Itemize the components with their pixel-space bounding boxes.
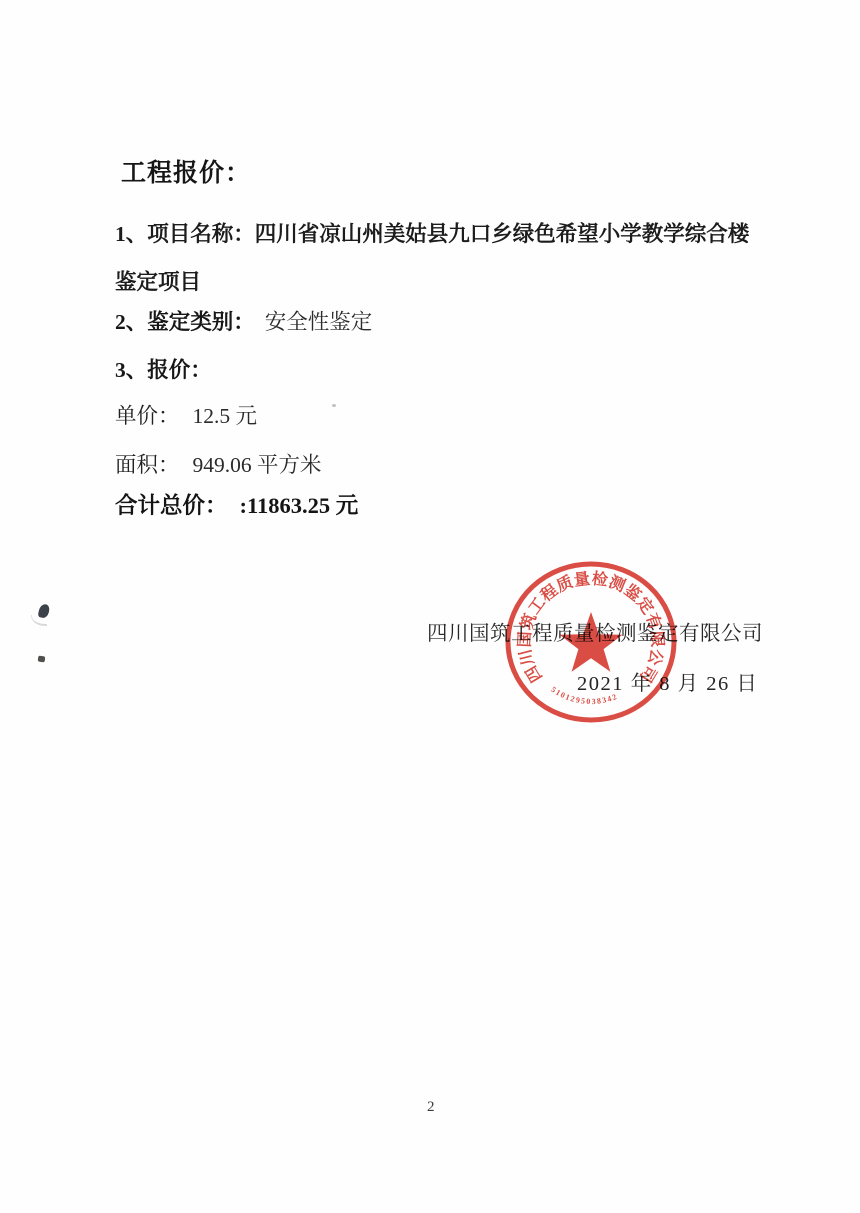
company-seal-stamp-icon: 四川国筑工程质量检测鉴定有限公司 5101295038342	[496, 551, 686, 733]
quotation-heading-label: 3、报价：	[115, 358, 212, 382]
quotation-heading-row: 3、报价：	[115, 358, 212, 383]
ink-speck-tail	[31, 615, 47, 626]
project-name-label: 1、项目名称：	[115, 222, 255, 246]
appraisal-type-value: 安全性鉴定	[265, 310, 373, 334]
ink-speck	[38, 656, 46, 663]
project-name-paragraph: 1、项目名称：四川省凉山州美姑县九口乡绿色希望小学教学综合楼鉴定项目	[115, 210, 770, 306]
svg-text:5101295038342: 5101295038342	[549, 685, 619, 706]
appraisal-type-row: 2、鉴定类别：安全性鉴定	[115, 310, 372, 335]
area-value: 949.06 平方米	[193, 453, 322, 477]
page-title: 工程报价：	[121, 153, 251, 189]
seal-star-icon	[560, 612, 623, 672]
scanned-document-page: 工程报价： 1、项目名称：四川省凉山州美姑县九口乡绿色希望小学教学综合楼鉴定项目…	[0, 0, 860, 1213]
total-price-value: :11863.25 元	[240, 493, 359, 518]
area-label: 面积：	[115, 453, 180, 477]
unit-price-label: 单价：	[115, 404, 180, 428]
unit-price-row: 单价：12.5 元	[115, 404, 257, 429]
area-row: 面积：949.06 平方米	[115, 453, 322, 478]
total-price-label: 合计总价：	[115, 493, 228, 518]
ink-speck	[332, 404, 336, 407]
page-number: 2	[427, 1099, 435, 1116]
total-price-row: 合计总价：:11863.25 元	[115, 493, 358, 519]
appraisal-type-label: 2、鉴定类别：	[115, 310, 255, 334]
seal-serial-number: 5101295038342	[549, 685, 619, 706]
unit-price-value: 12.5 元	[193, 404, 258, 428]
